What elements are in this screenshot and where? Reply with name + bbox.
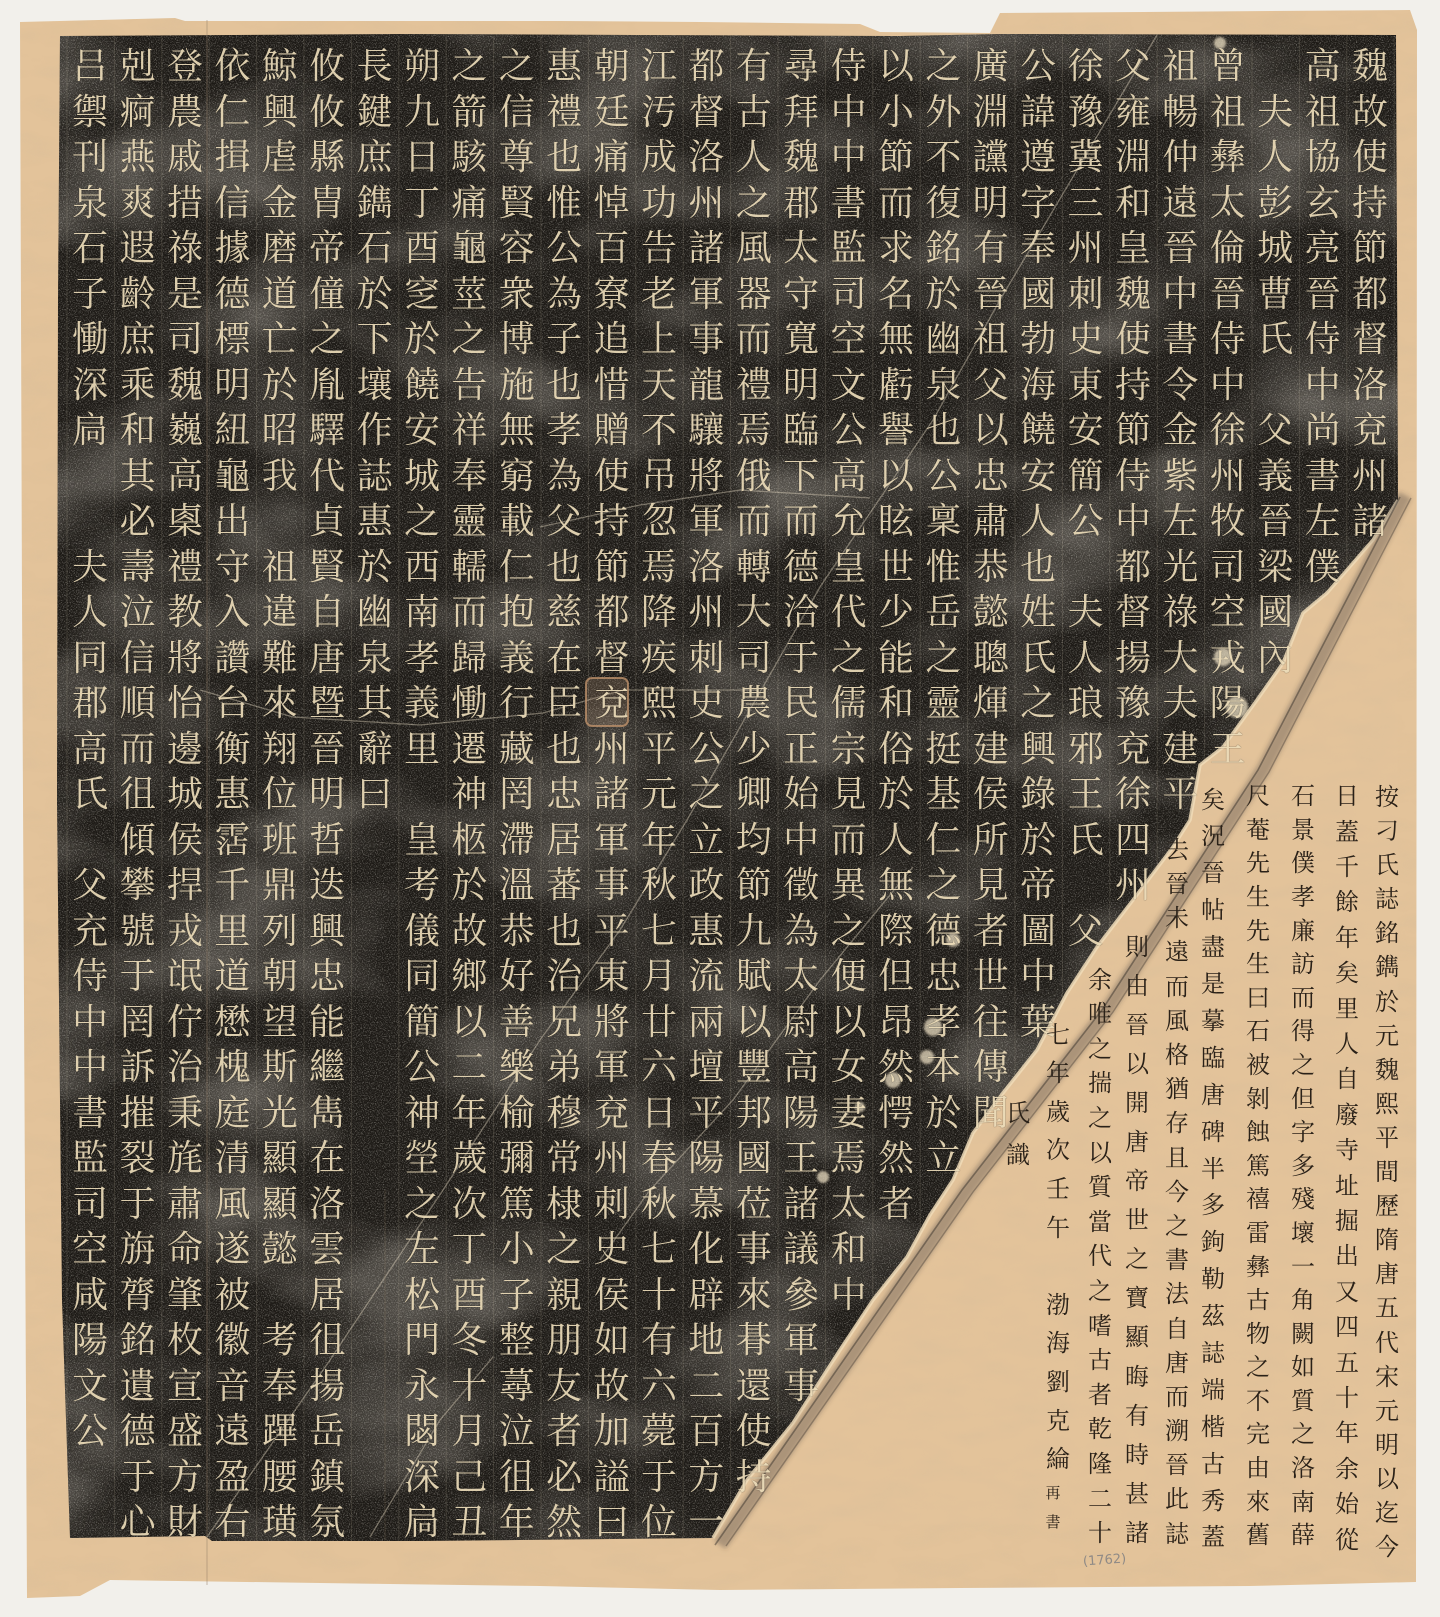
glyph: 之: [1285, 1418, 1321, 1452]
colophon-column: 按刁氏誌銘鐫於元魏熙平間歷隋唐五代宋元明以迄今: [1369, 780, 1405, 1564]
colophon-column: 尺菴先生先生曰石被剝蝕篤禧雷彝古物之不完由來舊: [1240, 780, 1276, 1553]
glyph: 訪: [1285, 948, 1321, 982]
glyph: 法: [1159, 1277, 1195, 1311]
glyph: 誌: [1195, 1335, 1231, 1372]
glyph: 克: [1040, 1402, 1076, 1441]
glyph: 茲: [1195, 1298, 1231, 1335]
colophon-signature-note: 再書: [1042, 1479, 1064, 1537]
glyph: 而: [1285, 982, 1321, 1016]
glyph: 世: [1119, 1201, 1155, 1240]
glyph: 書: [1042, 1508, 1064, 1537]
glyph: 溯: [1159, 1414, 1195, 1448]
glyph: 但: [1285, 1083, 1321, 1117]
glyph: 尺: [1240, 780, 1276, 814]
glyph: 代: [1369, 1326, 1405, 1360]
glyph: 角: [1285, 1284, 1321, 1318]
colophon-column: 矣況晉帖盡是摹臨唐碑半多鉤勒茲誌端楷古秀蓋: [1195, 782, 1231, 1557]
glyph: 渤: [1040, 1286, 1076, 1325]
glyph: 篤: [1240, 1150, 1276, 1184]
glyph: 掘: [1329, 1204, 1365, 1239]
glyph: 書: [1159, 1243, 1195, 1277]
glyph: 自: [1159, 1312, 1195, 1346]
glyph: 勒: [1195, 1261, 1231, 1298]
glyph: 劉: [1040, 1363, 1076, 1402]
glyph: 風: [1159, 1004, 1195, 1038]
glyph: 歷: [1369, 1189, 1405, 1223]
glyph: 按: [1369, 780, 1405, 814]
glyph: 彝: [1240, 1251, 1276, 1285]
glyph: 代: [1082, 1239, 1118, 1274]
glyph: 質: [1285, 1385, 1321, 1419]
glyph: 猶: [1159, 1072, 1195, 1106]
glyph: 由: [1119, 967, 1155, 1006]
glyph: 如: [1285, 1351, 1321, 1385]
glyph: 生: [1240, 948, 1276, 982]
glyph: 人: [1329, 1027, 1365, 1062]
glyph: 有: [1119, 1397, 1155, 1436]
colophon-column: 氏識: [1000, 1092, 1036, 1176]
glyph: 余: [1082, 963, 1118, 998]
glyph: 被: [1240, 1049, 1276, 1083]
glyph: 來: [1240, 1486, 1276, 1520]
glyph: 蓋: [1329, 815, 1365, 850]
glyph: 薛: [1285, 1519, 1321, 1553]
glyph: 嗜: [1082, 1309, 1118, 1344]
glyph: 廢: [1329, 1098, 1365, 1133]
glyph: 開: [1119, 1084, 1155, 1123]
glyph: 去: [1159, 833, 1195, 867]
glyph: 帖: [1195, 892, 1231, 929]
glyph: 菴: [1240, 814, 1276, 848]
glyph: 不: [1240, 1385, 1276, 1419]
glyph: 古: [1240, 1284, 1276, 1318]
glyph: 之: [1240, 1351, 1276, 1385]
glyph: 壞: [1285, 1217, 1321, 1251]
blank-cell: [1040, 1247, 1076, 1286]
glyph: 唯: [1082, 997, 1118, 1032]
glyph: 綸: [1040, 1440, 1076, 1479]
glyph: 雷: [1240, 1217, 1276, 1251]
glyph: 晉: [1195, 855, 1231, 892]
glyph: 氏: [1369, 848, 1405, 882]
glyph: 壬: [1040, 1170, 1076, 1209]
colophon-column: 七年歲次壬午 渤海劉克綸: [1040, 1016, 1076, 1479]
glyph: 唐: [1119, 1123, 1155, 1162]
glyph: 始: [1329, 1487, 1365, 1522]
glyph: 十: [1329, 1381, 1365, 1416]
glyph: 寶: [1119, 1279, 1155, 1318]
glyph: 間: [1369, 1155, 1405, 1189]
colophon-inscription: 按刁氏誌銘鐫於元魏熙平間歷隋唐五代宋元明以迄今 日蓋千餘年矣里人自廢寺址掘出又四…: [0, 0, 1440, 1617]
glyph: 年: [1040, 1054, 1076, 1093]
glyph: 則: [1119, 928, 1155, 967]
glyph: 晉: [1119, 1006, 1155, 1045]
glyph: 完: [1240, 1418, 1276, 1452]
glyph: 半: [1195, 1151, 1231, 1188]
glyph: 況: [1195, 818, 1231, 855]
glyph: 之: [1119, 1240, 1155, 1279]
glyph: 唐: [1195, 1077, 1231, 1114]
glyph: 年: [1329, 921, 1365, 956]
glyph: 質: [1082, 1170, 1118, 1205]
glyph: 時: [1119, 1436, 1155, 1475]
glyph: 明: [1369, 1428, 1405, 1462]
glyph: 五: [1329, 1346, 1365, 1381]
colophon-column: 石景僕孝廉訪而得之但字多殘壞一角闕如質之洛南薛: [1285, 780, 1321, 1553]
glyph: 南: [1285, 1486, 1321, 1520]
glyph: 出: [1329, 1239, 1365, 1274]
glyph: 揣: [1082, 1066, 1118, 1101]
glyph: 年: [1329, 1416, 1365, 1451]
glyph: 唐: [1369, 1257, 1405, 1291]
glyph: 甚: [1119, 1475, 1155, 1514]
glyph: 曰: [1240, 982, 1276, 1016]
glyph: 楷: [1195, 1409, 1231, 1446]
glyph: 古: [1195, 1446, 1231, 1483]
glyph: 十: [1082, 1516, 1118, 1551]
glyph: 誌: [1369, 882, 1405, 916]
glyph: 禧: [1240, 1183, 1276, 1217]
glyph: 廉: [1285, 915, 1321, 949]
colophon-column: 日蓋千餘年矣里人自廢寺址掘出又四五十年余始從: [1329, 779, 1365, 1558]
glyph: 盡: [1195, 929, 1231, 966]
glyph: 僕: [1285, 847, 1321, 881]
glyph: 從: [1329, 1523, 1365, 1558]
pencil-catalog-note: (1762): [1083, 1552, 1127, 1570]
glyph: 氏: [1000, 1092, 1036, 1134]
glyph: 熙: [1369, 1087, 1405, 1121]
glyph: 次: [1040, 1131, 1076, 1170]
glyph: 摹: [1195, 1003, 1231, 1040]
glyph: 蓋: [1195, 1519, 1231, 1556]
glyph: 未: [1159, 901, 1195, 935]
glyph: 孝: [1285, 881, 1321, 915]
glyph: 刁: [1369, 814, 1405, 848]
glyph: 址: [1329, 1169, 1365, 1204]
glyph: 剝: [1240, 1083, 1276, 1117]
glyph: 以: [1369, 1462, 1405, 1496]
glyph: 存: [1159, 1106, 1195, 1140]
glyph: 海: [1040, 1324, 1076, 1363]
glyph: 乾: [1082, 1412, 1118, 1447]
glyph: 遠: [1159, 935, 1195, 969]
glyph: 千: [1329, 850, 1365, 885]
glyph: 迄: [1369, 1496, 1405, 1530]
glyph: 再: [1042, 1479, 1064, 1508]
glyph: 闕: [1285, 1318, 1321, 1352]
glyph: 石: [1240, 1015, 1276, 1049]
glyph: 當: [1082, 1205, 1118, 1240]
glyph: 七: [1040, 1016, 1076, 1055]
glyph: 由: [1240, 1452, 1276, 1486]
colophon-column: 則由晉以開唐帝世之寶顯晦有時甚諸: [1119, 928, 1155, 1554]
glyph: 臨: [1195, 1040, 1231, 1077]
glyph: 之: [1082, 1274, 1118, 1309]
glyph: 景: [1285, 814, 1321, 848]
glyph: 矣: [1195, 782, 1231, 819]
glyph: 以: [1119, 1045, 1155, 1084]
glyph: 晉: [1159, 867, 1195, 901]
glyph: 誌: [1159, 1517, 1195, 1551]
glyph: 秀: [1195, 1483, 1231, 1520]
glyph: 蝕: [1240, 1116, 1276, 1150]
glyph: 晉: [1159, 1448, 1195, 1482]
glyph: 於: [1369, 985, 1405, 1019]
glyph: 碑: [1195, 1114, 1231, 1151]
glyph: 舊: [1240, 1519, 1276, 1553]
glyph: 之: [1159, 1209, 1195, 1243]
glyph: 午: [1040, 1209, 1076, 1248]
glyph: 今: [1369, 1530, 1405, 1564]
glyph: 歲: [1040, 1093, 1076, 1132]
glyph: 以: [1082, 1136, 1118, 1171]
glyph: 而: [1159, 1380, 1195, 1414]
glyph: 之: [1082, 1032, 1118, 1067]
glyph: 唐: [1159, 1346, 1195, 1380]
glyph: 而: [1159, 970, 1195, 1004]
glyph: 四: [1329, 1310, 1365, 1345]
glyph: 宋: [1369, 1360, 1405, 1394]
glyph: 鐫: [1369, 950, 1405, 984]
glyph: 又: [1329, 1275, 1365, 1310]
glyph: 顯: [1119, 1318, 1155, 1357]
glyph: 石: [1285, 780, 1321, 814]
glyph: 日: [1329, 779, 1365, 814]
glyph: 自: [1329, 1062, 1365, 1097]
glyph: 隋: [1369, 1223, 1405, 1257]
glyph: 之: [1082, 1101, 1118, 1136]
glyph: 里: [1329, 992, 1365, 1027]
glyph: 平: [1369, 1121, 1405, 1155]
glyph: 多: [1195, 1187, 1231, 1224]
glyph: 物: [1240, 1318, 1276, 1352]
glyph: 先: [1240, 915, 1276, 949]
glyph: 魏: [1369, 1053, 1405, 1087]
glyph: 之: [1285, 1049, 1321, 1083]
glyph: 隆: [1082, 1447, 1118, 1482]
glyph: 餘: [1329, 885, 1365, 920]
glyph: 矣: [1329, 956, 1365, 991]
glyph: 五: [1369, 1291, 1405, 1325]
glyph: 是: [1195, 966, 1231, 1003]
glyph: 洛: [1285, 1452, 1321, 1486]
glyph: 殘: [1285, 1183, 1321, 1217]
glyph: 鉤: [1195, 1224, 1231, 1261]
glyph: 多: [1285, 1150, 1321, 1184]
glyph: 字: [1285, 1116, 1321, 1150]
glyph: 今: [1159, 1175, 1195, 1209]
glyph: 古: [1082, 1343, 1118, 1378]
colophon-column: 余唯之揣之以質當代之嗜古者乾隆二十: [1082, 963, 1118, 1551]
glyph: 元: [1369, 1394, 1405, 1428]
colophon-column: 去晉未遠而風格猶存且今之書法自唐而溯晉此誌: [1159, 833, 1195, 1551]
glyph: 元: [1369, 1019, 1405, 1053]
glyph: 且: [1159, 1141, 1195, 1175]
glyph: 寺: [1329, 1133, 1365, 1168]
glyph: 識: [1000, 1134, 1036, 1176]
glyph: 者: [1082, 1378, 1118, 1413]
glyph: 一: [1285, 1251, 1321, 1285]
glyph: 先: [1240, 847, 1276, 881]
glyph: 帝: [1119, 1162, 1155, 1201]
glyph: 端: [1195, 1372, 1231, 1409]
glyph: 二: [1082, 1482, 1118, 1517]
glyph: 得: [1285, 1015, 1321, 1049]
glyph: 晦: [1119, 1358, 1155, 1397]
glyph: 諸: [1119, 1514, 1155, 1553]
glyph: 格: [1159, 1038, 1195, 1072]
glyph: 銘: [1369, 916, 1405, 950]
glyph: 生: [1240, 881, 1276, 915]
glyph: 余: [1329, 1452, 1365, 1487]
glyph: 此: [1159, 1482, 1195, 1516]
